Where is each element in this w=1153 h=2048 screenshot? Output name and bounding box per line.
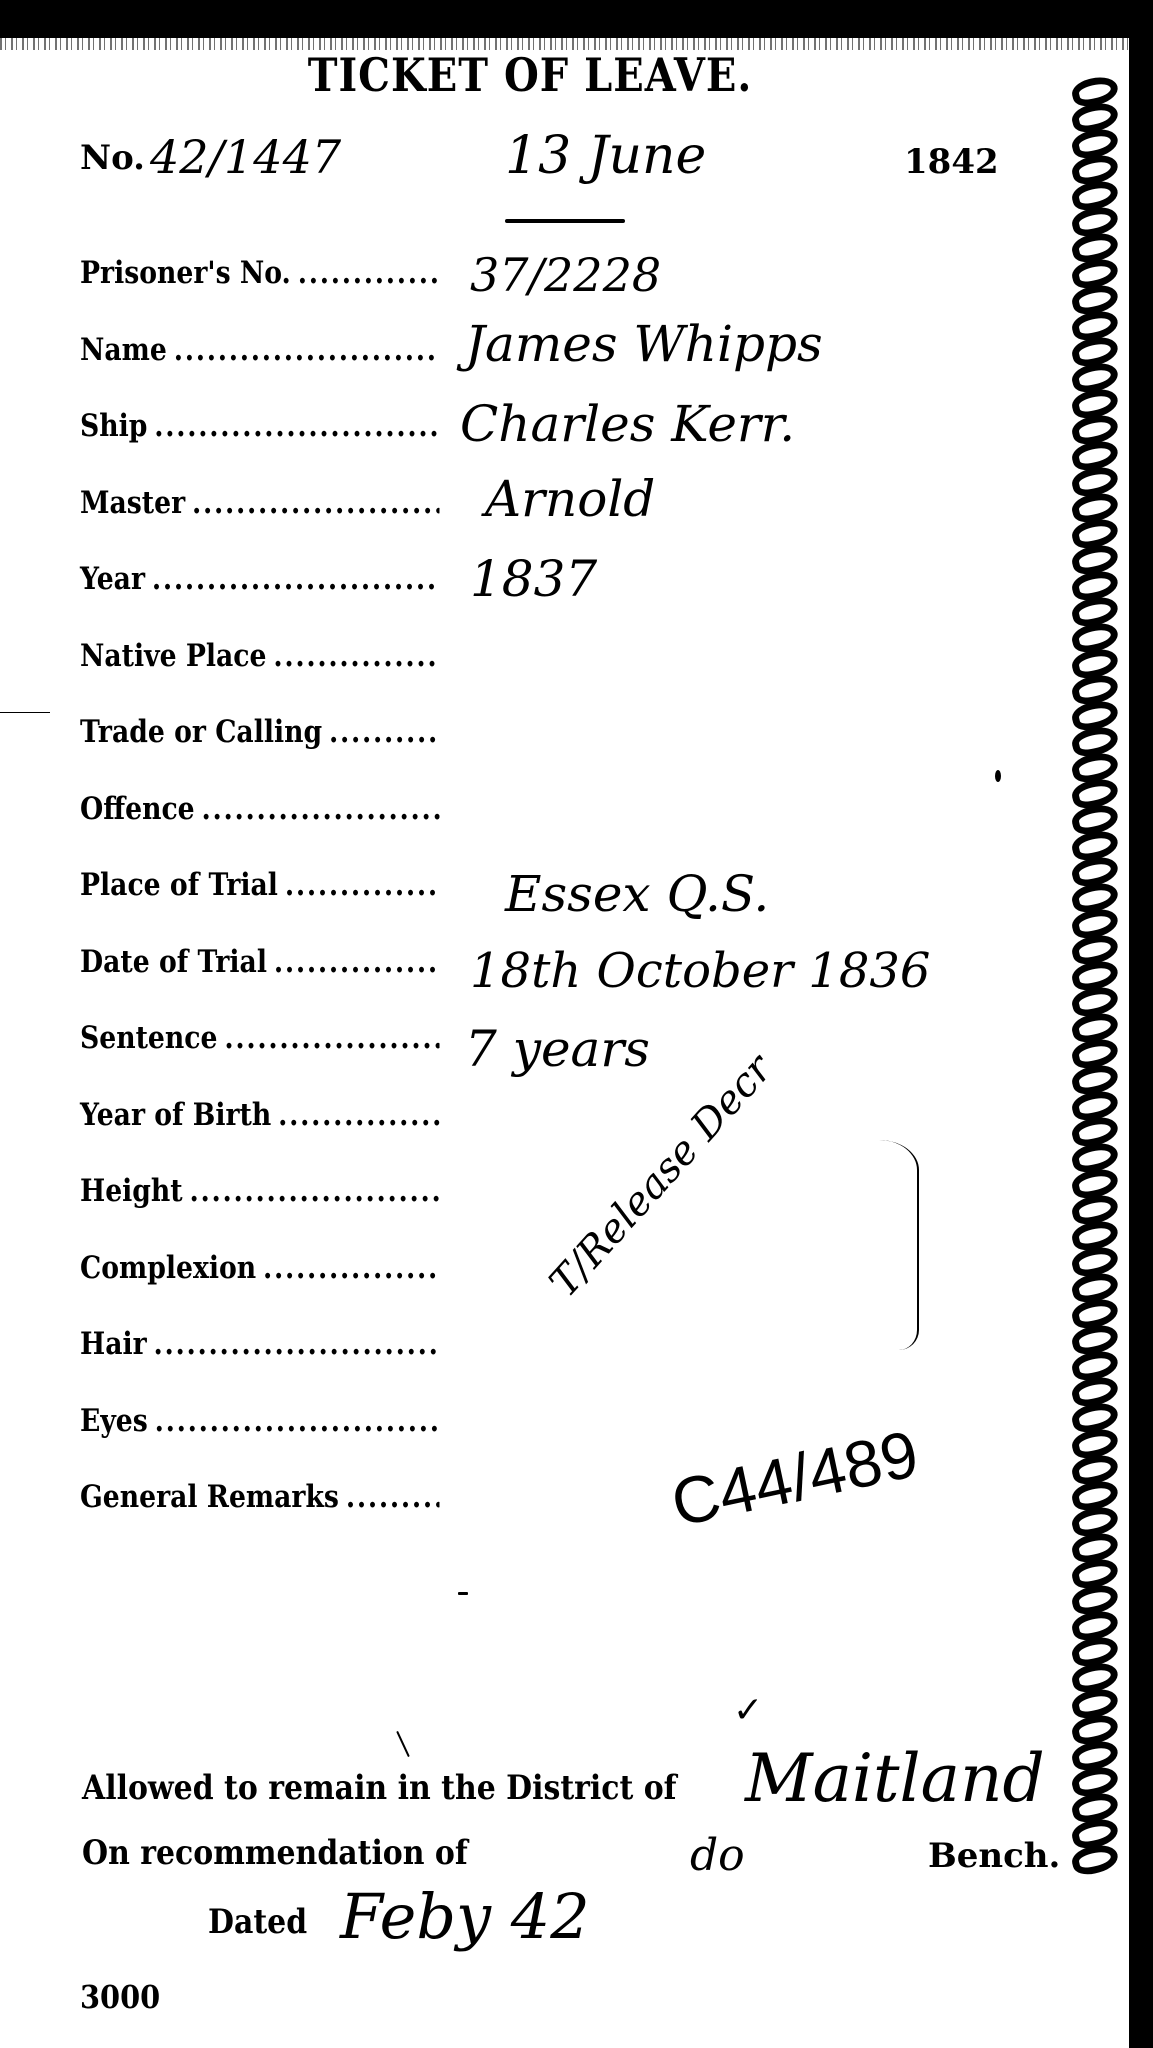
leader-dots [278, 1097, 439, 1133]
leader-dots [285, 867, 440, 903]
issue-date: 13 June [505, 126, 706, 186]
field-native-place: Native Place [80, 638, 439, 715]
field-year-of-birth: Year of Birth [80, 1097, 439, 1174]
ship-value: Charles Kerr. [460, 395, 795, 453]
document-title: TICKET OF LEAVE. [0, 48, 1060, 102]
field-label: General Remarks [80, 1479, 339, 1515]
field-label: Native Place [80, 638, 266, 674]
field-date-of-trial: Date of Trial [80, 944, 439, 1021]
dated-value: Feby 42 [340, 1880, 590, 1953]
issue-year: 1842 [904, 142, 999, 182]
leader-dots [192, 485, 439, 521]
field-ship: Ship [80, 408, 439, 485]
ink-speck [458, 1592, 468, 1595]
field-offence: Offence [80, 791, 439, 868]
ink-stroke [396, 1731, 410, 1757]
binding-spiral [1072, 78, 1128, 1930]
field-prisoner-no: Prisoner's No. [80, 255, 439, 332]
leader-dots [263, 1250, 439, 1286]
place-of-trial-value: Essex Q.S. [505, 865, 769, 923]
field-list: Prisoner's No. Name Ship Master Year Nat… [80, 255, 440, 1556]
leader-dots [154, 1326, 440, 1362]
field-label: Place of Trial [80, 867, 278, 903]
leader-dots [155, 1403, 440, 1439]
leader-dots [202, 791, 440, 827]
ink-speck [995, 770, 1001, 782]
annotation-bracket [862, 1140, 919, 1350]
master-value: Arnold [485, 470, 655, 528]
prisoner-number-value: 37/2228 [470, 248, 661, 302]
field-label: Complexion [80, 1250, 256, 1286]
leader-dots [224, 1020, 439, 1056]
check-mark-icon: ✓ [733, 1690, 763, 1731]
field-general-remarks: General Remarks [80, 1479, 439, 1556]
leader-dots [298, 255, 440, 291]
scan-top-border [0, 0, 1153, 38]
leader-dots [174, 332, 440, 368]
field-label: Sentence [80, 1020, 217, 1056]
field-label: Trade or Calling [80, 714, 322, 750]
leader-dots [190, 1173, 440, 1209]
scan-right-border [1129, 0, 1153, 2048]
field-label: Eyes [80, 1403, 148, 1439]
ticket-number: 42/1447 [150, 130, 341, 184]
year-value: 1837 [470, 550, 597, 608]
bench-text: Bench. [928, 1836, 1060, 1876]
leader-dots [346, 1479, 440, 1515]
leader-dots [274, 944, 440, 980]
field-hair: Hair [80, 1326, 439, 1403]
field-place-of-trial: Place of Trial [80, 867, 439, 944]
date-underline [505, 219, 625, 223]
form-number: 3000 [80, 1978, 160, 2016]
leader-dots [273, 638, 439, 674]
recommendation-text: On recommendation of [82, 1833, 468, 1873]
allowed-district-text: Allowed to remain in the District of [82, 1768, 677, 1808]
field-master: Master [80, 485, 439, 562]
field-height: Height [80, 1173, 439, 1250]
field-eyes: Eyes [80, 1403, 439, 1480]
field-label: Name [80, 332, 167, 368]
release-annotation: T/Release Decr [541, 1046, 782, 1306]
ticket-number-label: No. [80, 138, 145, 178]
dated-label: Dated [208, 1902, 307, 1942]
field-label: Ship [80, 408, 147, 444]
name-value: James Whipps [465, 315, 823, 373]
field-label: Date of Trial [80, 944, 267, 980]
leader-dots [154, 408, 439, 444]
field-label: Height [80, 1173, 183, 1209]
field-label: Hair [80, 1326, 147, 1362]
field-label: Master [80, 485, 185, 521]
field-label: Year [80, 561, 145, 597]
ink-line [0, 712, 50, 713]
field-complexion: Complexion [80, 1250, 439, 1327]
recommendation-value: do [690, 1830, 745, 1881]
field-year: Year [80, 561, 439, 638]
leader-dots [329, 714, 439, 750]
reference-annotation: C44/489 [665, 1415, 925, 1541]
leader-dots [152, 561, 440, 597]
field-name: Name [80, 332, 439, 409]
sentence-value: 7 years [465, 1020, 650, 1078]
field-label: Offence [80, 791, 195, 827]
district-value: Maitland [745, 1740, 1045, 1817]
field-trade: Trade or Calling [80, 714, 439, 791]
date-of-trial-value: 18th October 1836 [470, 943, 930, 999]
field-label: Prisoner's No. [80, 255, 291, 291]
field-sentence: Sentence [80, 1020, 439, 1097]
field-label: Year of Birth [80, 1097, 271, 1133]
